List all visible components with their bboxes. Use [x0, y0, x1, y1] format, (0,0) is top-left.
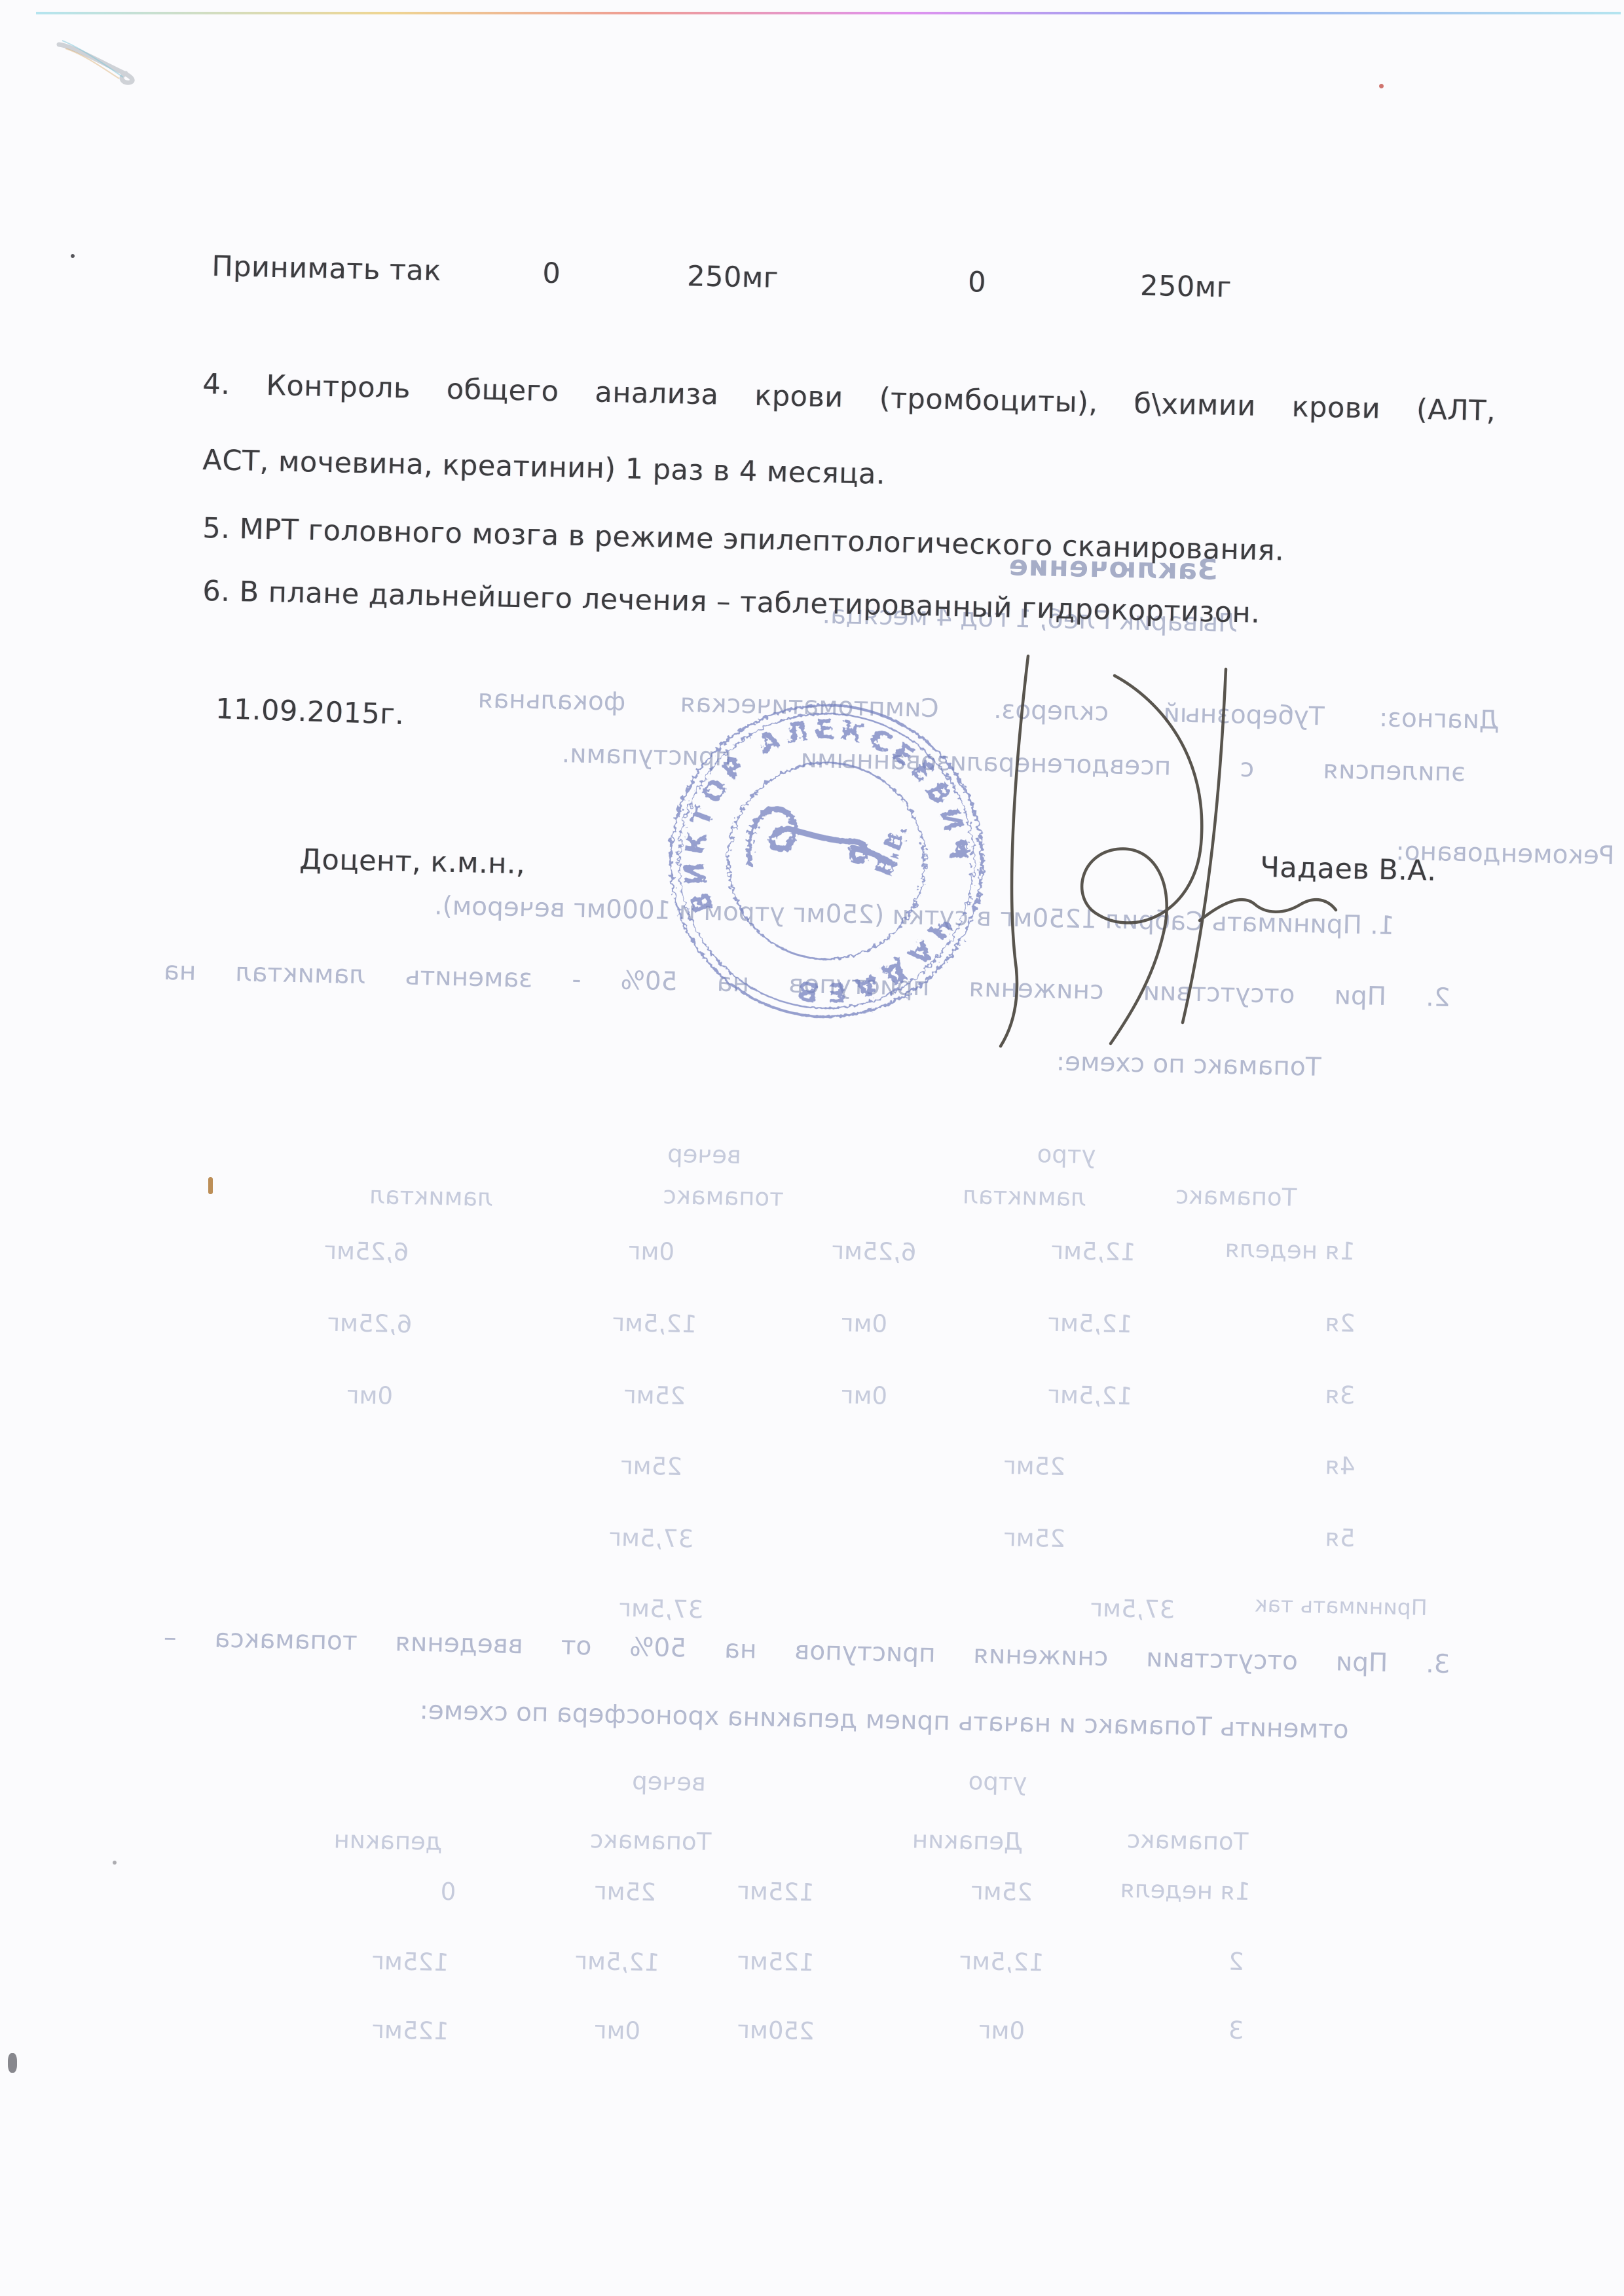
bleed-table1-row-label: Принимать так: [1254, 1591, 1428, 1620]
stamp-center-text: В.В.: [870, 820, 915, 880]
bleed-table2-col-header: Депакин: [912, 1825, 1024, 1856]
signature: [917, 629, 1375, 1074]
bleed-table2-time-header: утро: [968, 1767, 1027, 1796]
bleed-table1-col-header: топамакс: [663, 1181, 784, 1212]
bleed-table2-cell: 12,5мг: [574, 1947, 660, 1977]
signature-stroke: [1183, 669, 1226, 1023]
bleed-table2-cell: 125мг: [737, 1877, 815, 1906]
bleed-table1-cell: 0мг: [628, 1237, 675, 1266]
bleed-table1-cell: 0мг: [841, 1381, 888, 1410]
bleed-table2-row-label: 3: [1228, 2016, 1244, 2045]
dose-value: 250мг: [1140, 270, 1232, 304]
bleed-table2-cell: 0мг: [978, 2016, 1025, 2045]
scan-edge-artifact: [36, 12, 1621, 14]
bleed-table1-cell: 37,5мг: [618, 1594, 704, 1624]
bleed-table1-cell: 25мг: [1003, 1451, 1065, 1481]
bleed-table2-cell: 25мг: [970, 1877, 1033, 1906]
scan-speck: [8, 2053, 17, 2073]
bleed-table1-cell: 37,5мг: [1090, 1594, 1175, 1624]
bleed-table1-cell: 12,5мг: [612, 1309, 697, 1339]
bleed-rec-item-3: 3. При отсутствии снижения приступов на …: [163, 1623, 1450, 1679]
bleed-table2-row-label: 1я неделя: [1120, 1875, 1251, 1906]
bleed-table1-row-label: 1я неделя: [1225, 1235, 1356, 1266]
bleed-table1-row-label: 5я: [1325, 1523, 1356, 1552]
rec-item-6: 6. В плане дальнейшего лечения – таблети…: [202, 575, 1261, 630]
bleed-table2-time-header: вечер: [632, 1767, 707, 1796]
bleed-table2-row-label: 2: [1228, 1948, 1244, 1976]
dose-value: 250мг: [687, 260, 779, 295]
bleed-table2-col-header: Топамакс: [1126, 1825, 1248, 1856]
scan-speck: [113, 1861, 117, 1865]
bleed-table1-cell: 0мг: [841, 1309, 888, 1338]
bleed-table1-col-header: ламиктал: [963, 1181, 1086, 1212]
bleed-table1-cell: 25мг: [623, 1381, 686, 1410]
dose-row-label: Принимать так: [212, 250, 441, 287]
bleed-table2-cell: 125мг: [371, 1947, 449, 1977]
dose-row: Принимать так 0 250мг 0 250мг: [212, 250, 1227, 304]
rec-item-4-line2: АСТ, мочевина, креатинин) 1 раз в 4 меся…: [202, 444, 886, 491]
bleed-table1-cell: 12,5мг: [1047, 1309, 1133, 1339]
bleed-table1-col-header: Топамакс: [1175, 1181, 1297, 1212]
bleed-table2-cell: 25мг: [594, 1877, 656, 1906]
dose-value: 0: [542, 257, 561, 291]
rec-item-4-line1: 4. Контроль общего анализа крови (тромбо…: [202, 368, 1496, 428]
bleed-through-layer: Заключение Лыварик Глеб, 1 год 4 месяца.…: [0, 0, 1624, 2296]
bleed-table1-cell: 6,25мг: [327, 1309, 413, 1339]
signature-stroke: [1001, 656, 1028, 1046]
scan-speck: [71, 254, 75, 258]
bleed-table1-col-header: ламиктал: [369, 1181, 493, 1212]
dose-value: 0: [968, 266, 987, 299]
bleed-table2-cell: 125мг: [371, 2016, 449, 2045]
bleed-table1-cell: 25мг: [620, 1451, 682, 1481]
bleed-table2-col-header: Топамакс: [589, 1825, 711, 1856]
document-date: 11.09.2015г.: [215, 693, 405, 731]
bleed-table1-row-label: 2я: [1325, 1309, 1356, 1338]
scan-speck: [208, 1177, 213, 1194]
bleed-table1-time-header: утро: [1037, 1140, 1096, 1169]
bleed-table1-row-label: 3я: [1325, 1381, 1356, 1410]
bleed-table1-cell: 6,25мг: [831, 1237, 917, 1267]
signature-stroke: [1200, 900, 1336, 920]
bleed-table1-cell: 37,5мг: [608, 1523, 694, 1554]
bleed-table1-row-label: 4я: [1325, 1451, 1356, 1480]
bleed-table2-cell: 0: [440, 1878, 456, 1906]
signature-stroke: [1082, 676, 1202, 1044]
bleed-table2-col-header: депакин: [333, 1825, 443, 1855]
bleed-table1-cell: 12,5мг: [1047, 1381, 1133, 1411]
bleed-table2-cell: 12,5мг: [959, 1947, 1044, 1977]
bleed-table1-cell: 12,5мг: [1050, 1237, 1136, 1267]
pencil-scribble: [26, 26, 196, 105]
bleed-table1-cell: 0мг: [346, 1381, 394, 1410]
signer-title: Доцент, к.м.н.,: [299, 843, 526, 881]
bleed-table1-cell: 6,25мг: [323, 1237, 409, 1267]
bleed-rec-item-3b: отменить Топамакс и начать прием депакин…: [419, 1696, 1349, 1745]
bleed-table1-cell: 25мг: [1003, 1523, 1065, 1553]
bleed-table2-cell: 125мг: [737, 1947, 815, 1977]
scan-speck: [1379, 84, 1384, 88]
bleed-table2-cell: 0мг: [594, 2016, 641, 2045]
scanned-document-page: Заключение Лыварик Глеб, 1 год 4 месяца.…: [0, 0, 1624, 2296]
bleed-table1-time-header: вечер: [667, 1140, 742, 1169]
rec-item-5: 5. МРТ головного мозга в режиме эпилепто…: [202, 512, 1285, 568]
stamp-snake-emblem: [732, 770, 893, 926]
bleed-table2-cell: 250мг: [737, 2016, 815, 2045]
